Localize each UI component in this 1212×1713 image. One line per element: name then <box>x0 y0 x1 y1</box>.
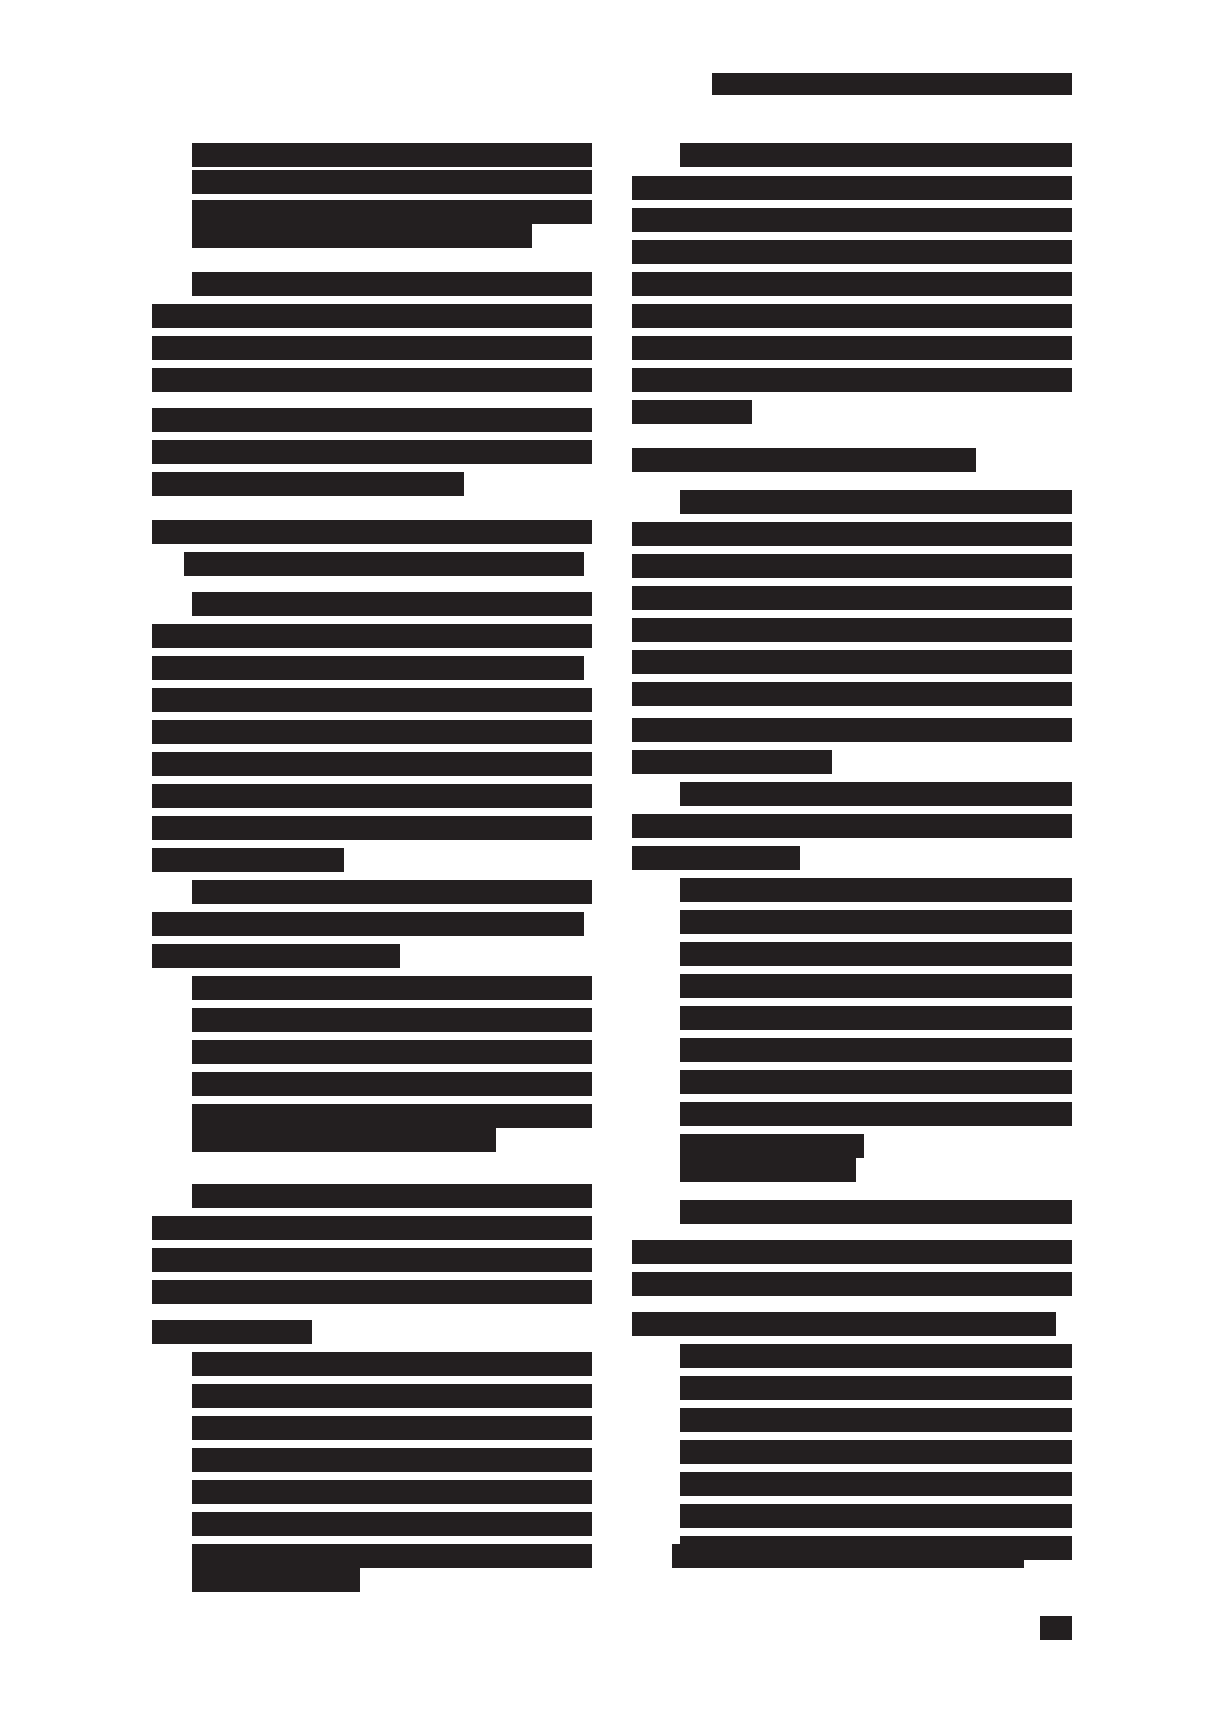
redacted-text-line <box>192 1008 592 1032</box>
redacted-text-line <box>192 170 592 194</box>
redacted-text-line <box>192 1544 592 1568</box>
page-number <box>1040 1616 1072 1640</box>
redacted-text-line <box>192 1040 592 1064</box>
redacted-text-line <box>152 816 592 840</box>
redacted-text-line <box>680 1158 856 1182</box>
redacted-text-line <box>632 814 1072 838</box>
redacted-text-line <box>192 1480 592 1504</box>
redacted-text-line <box>152 440 592 464</box>
redacted-text-line <box>632 682 1072 706</box>
redacted-text-line <box>152 336 592 360</box>
redacted-text-line <box>192 1416 592 1440</box>
redacted-text-line <box>632 176 1072 200</box>
redacted-text-line <box>632 448 976 472</box>
redacted-text-line <box>680 1408 1072 1432</box>
redacted-text-line <box>192 1448 592 1472</box>
redacted-text-line <box>632 1240 1072 1264</box>
redacted-text-line <box>680 878 1072 902</box>
redacted-text-line <box>152 656 584 680</box>
redacted-text-line <box>632 846 800 870</box>
redacted-text-line <box>632 272 1072 296</box>
redacted-text-line <box>192 1352 592 1376</box>
redacted-text-line <box>680 143 1072 167</box>
redacted-text-line <box>680 942 1072 966</box>
redacted-text-line <box>680 1134 864 1158</box>
redacted-text-line <box>192 224 532 248</box>
redacted-text-line <box>152 472 464 496</box>
redacted-text-line <box>152 848 344 872</box>
redacted-text-line <box>152 304 592 328</box>
redacted-text-line <box>680 1504 1072 1528</box>
redacted-text-line <box>192 1104 592 1128</box>
redacted-text-line <box>152 752 592 776</box>
redacted-text-line <box>192 272 592 296</box>
redacted-text-line <box>192 976 592 1000</box>
redacted-text-line <box>680 1472 1072 1496</box>
redacted-text-line <box>192 592 592 616</box>
redacted-text-line <box>152 912 584 936</box>
redacted-text-line <box>152 1216 592 1240</box>
redacted-text-line <box>152 1280 592 1304</box>
redacted-text-line <box>672 1544 1024 1568</box>
redacted-text-line <box>152 784 592 808</box>
redacted-text-line <box>192 1384 592 1408</box>
redacted-text-line <box>152 1320 312 1344</box>
redacted-text-line <box>632 240 1072 264</box>
redacted-text-line <box>192 200 592 224</box>
redacted-text-line <box>632 336 1072 360</box>
redacted-text-line <box>680 1376 1072 1400</box>
redacted-text-line <box>632 522 1072 546</box>
redacted-text-line <box>680 1006 1072 1030</box>
redacted-text-line <box>152 624 592 648</box>
redacted-text-line <box>632 1312 1056 1336</box>
redacted-text-line <box>632 208 1072 232</box>
redacted-text-line <box>680 490 1072 514</box>
redacted-text-line <box>632 1272 1072 1296</box>
redacted-text-line <box>680 1038 1072 1062</box>
redacted-text-line <box>632 718 1072 742</box>
redacted-text-line <box>152 720 592 744</box>
redacted-text-line <box>680 782 1072 806</box>
redacted-text-line <box>632 368 1072 392</box>
redacted-text-line <box>152 368 592 392</box>
redacted-text-line <box>632 618 1072 642</box>
redacted-text-line <box>680 1070 1072 1094</box>
redacted-text-line <box>152 520 592 544</box>
redacted-text-line <box>192 880 592 904</box>
redacted-text-line <box>152 1248 592 1272</box>
redacted-text-line <box>192 1184 592 1208</box>
redacted-text-line <box>192 1128 496 1152</box>
redacted-text-line <box>192 143 592 167</box>
redacted-text-line <box>680 1344 1072 1368</box>
redacted-text-line <box>152 688 592 712</box>
running-header <box>712 73 1072 95</box>
redacted-text-line <box>192 1568 360 1592</box>
redacted-text-line <box>680 1200 1072 1224</box>
redacted-text-line <box>632 650 1072 674</box>
redacted-text-line <box>632 750 832 774</box>
redacted-text-line <box>192 1512 592 1536</box>
redacted-text-line <box>632 586 1072 610</box>
redacted-text-line <box>152 944 400 968</box>
redacted-text-line <box>192 1072 592 1096</box>
redacted-document-page <box>0 0 1212 1713</box>
redacted-text-line <box>680 1440 1072 1464</box>
redacted-text-line <box>680 974 1072 998</box>
redacted-text-line <box>632 304 1072 328</box>
redacted-text-line <box>632 554 1072 578</box>
redacted-text-line <box>632 400 752 424</box>
redacted-text-line <box>152 408 592 432</box>
redacted-text-line <box>680 910 1072 934</box>
redacted-text-line <box>184 552 584 576</box>
redacted-text-line <box>680 1102 1072 1126</box>
